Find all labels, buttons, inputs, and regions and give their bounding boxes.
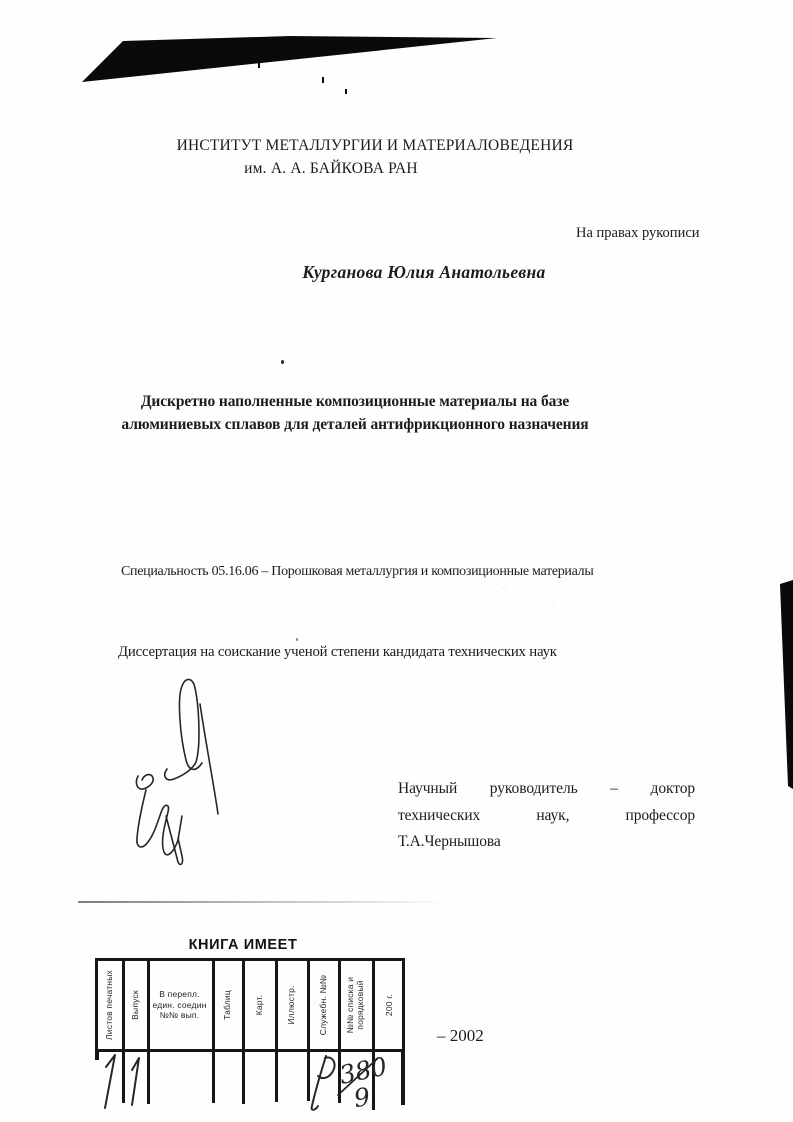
supervisor-line2: технических наук, профессор — [398, 803, 695, 830]
thesis-title-line2: алюминиевых сплавов для деталей антифрик… — [80, 413, 630, 436]
scanned-title-page: ИНСТИТУТ МЕТАЛЛУРГИИ И МАТЕРИАЛОВЕДЕНИЯ … — [0, 0, 793, 1122]
supervisor-line1: Научный руководитель – доктор — [398, 776, 695, 803]
thesis-title-line1: Дискретно наполненные композиционные мат… — [80, 390, 630, 413]
stamp-col-spisok: №№ списка и порядковый — [338, 958, 372, 1052]
handwritten-one-col2 — [132, 1058, 139, 1105]
stamp-col-tablits: Таблиц — [212, 958, 242, 1052]
stamp-col-kart: Карт. — [242, 958, 275, 1052]
stamp-col-year: 200 г. — [372, 958, 405, 1052]
ink-speck — [296, 638, 298, 641]
supervisor-line3: Т.А.Чернышова — [398, 829, 695, 856]
scan-fold-line — [78, 901, 446, 903]
stamp-title: КНИГА ИМЕЕТ — [168, 937, 318, 953]
stamp-col-perepl: В перепл. един. соедин №№ вып. — [147, 958, 212, 1052]
stamp-col-listov: Листов печатных — [95, 958, 122, 1052]
handwritten-one-col1 — [105, 1055, 115, 1108]
signature — [122, 666, 252, 876]
stamp-col-illustr: Иллюстр. — [275, 958, 307, 1052]
year-label: – 2002 — [437, 1026, 484, 1046]
thesis-statement: Диссертация на соискание ученой степени … — [118, 644, 557, 661]
institute-name-line2: им. А. А. БАЙКОВА РАН — [231, 160, 431, 178]
manuscript-note: На правах рукописи — [576, 225, 700, 242]
specialty-line: Специальность 05.16.06 – Порошковая мета… — [121, 564, 593, 580]
ink-speck — [281, 360, 284, 364]
handwritten-denominator: 9 — [352, 1082, 372, 1113]
handwritten-r-col7 — [312, 1056, 335, 1110]
stamp-col-vypusk: Выпуск — [122, 958, 147, 1052]
pencil-smudge: ·- — [548, 601, 555, 610]
scan-artifact-top-wedge — [60, 25, 510, 95]
stamp-handwritten-entries: 380 9 — [95, 1050, 415, 1122]
scan-artifact-right-strip — [775, 575, 793, 795]
institute-name-line1: ИНСТИТУТ МЕТАЛЛУРГИИ И МАТЕРИАЛОВЕДЕНИЯ — [165, 137, 585, 155]
thesis-title: Дискретно наполненные композиционные мат… — [80, 390, 630, 436]
supervisor-block: Научный руководитель – доктор технически… — [398, 776, 695, 856]
stamp-col-sluzhebn: Служебн. №№ — [307, 958, 338, 1052]
pencil-smudge: ˙·: — [497, 583, 508, 593]
author-name: Курганова Юлия Анатольевна — [254, 262, 594, 283]
